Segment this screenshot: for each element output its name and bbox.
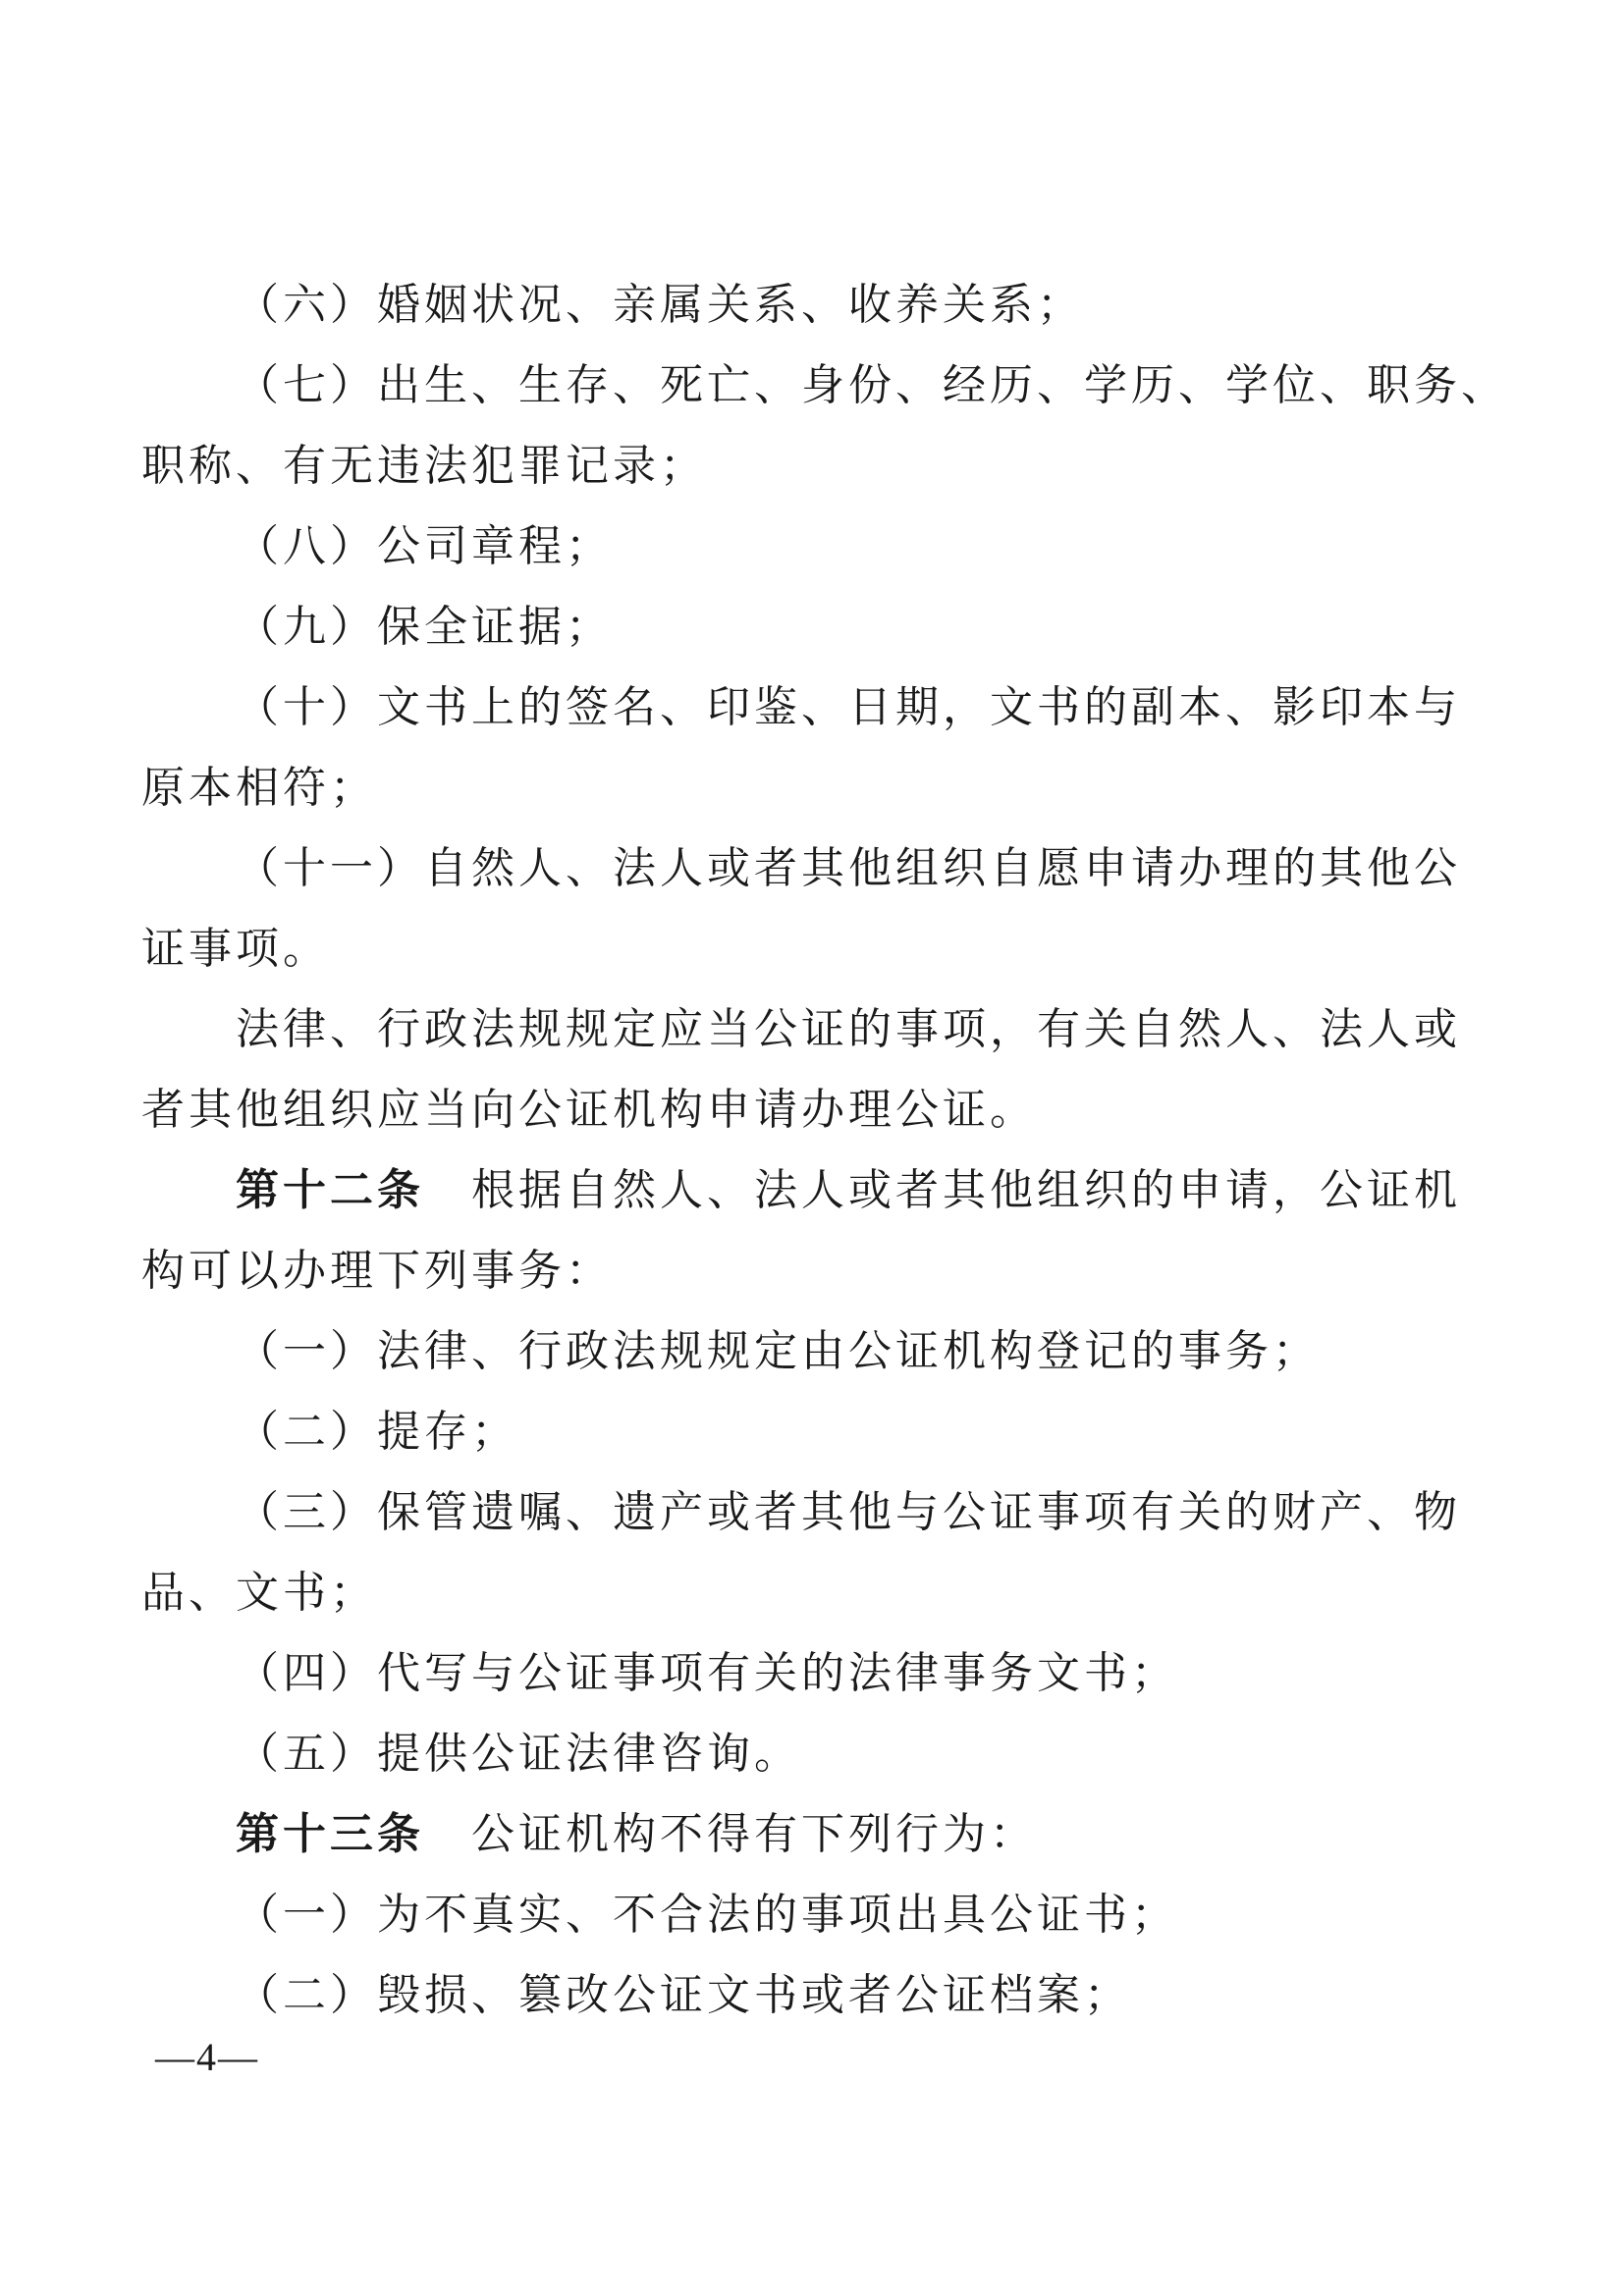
text-line: 证事项。 [141, 909, 1496, 989]
text-line: （一）法律、行政法规规定由公证机构登记的事务； [141, 1311, 1496, 1392]
text-line: （三）保管遗嘱、遗产或者其他与公证事项有关的财产、物 [141, 1472, 1496, 1553]
text-line: （六）婚姻状况、亲属关系、收养关系； [141, 265, 1496, 346]
text-line: 第十二条 根据自然人、法人或者其他组织的申请，公证机 [141, 1150, 1496, 1231]
document-body: （六）婚姻状况、亲属关系、收养关系；（七）出生、生存、死亡、身份、经历、学历、学… [141, 265, 1496, 2036]
text-line: 法律、行政法规规定应当公证的事项，有关自然人、法人或 [141, 989, 1496, 1070]
page-number: —4— [155, 2034, 259, 2080]
text-line: （五）提供公证法律咨询。 [141, 1714, 1496, 1794]
text-line: （四）代写与公证事项有关的法律事务文书； [141, 1633, 1496, 1714]
text-line: 职称、有无违法犯罪记录； [141, 426, 1496, 507]
text-line: 原本相符； [141, 748, 1496, 828]
article-number: 第十三条 [236, 1810, 424, 1858]
document-page: （六）婚姻状况、亲属关系、收养关系；（七）出生、生存、死亡、身份、经历、学历、学… [0, 0, 1624, 2296]
text-line: 第十三条 公证机构不得有下列行为： [141, 1794, 1496, 1875]
text-line: （二）毁损、篡改公证文书或者公证档案； [141, 1955, 1496, 2036]
text-line: （九）保全证据； [141, 587, 1496, 667]
article-number: 第十二条 [236, 1166, 424, 1214]
text-line: 构可以办理下列事务： [141, 1231, 1496, 1311]
text-line: 品、文书； [141, 1553, 1496, 1633]
text-line: （十）文书上的签名、印鉴、日期，文书的副本、影印本与 [141, 667, 1496, 748]
text-line: （二）提存； [141, 1392, 1496, 1472]
text-line: （七）出生、生存、死亡、身份、经历、学历、学位、职务、 [141, 346, 1496, 426]
text-line: （八）公司章程； [141, 507, 1496, 587]
text-line: （一）为不真实、不合法的事项出具公证书； [141, 1875, 1496, 1955]
text-line: 者其他组织应当向公证机构申请办理公证。 [141, 1070, 1496, 1150]
text-line: （十一）自然人、法人或者其他组织自愿申请办理的其他公 [141, 828, 1496, 909]
